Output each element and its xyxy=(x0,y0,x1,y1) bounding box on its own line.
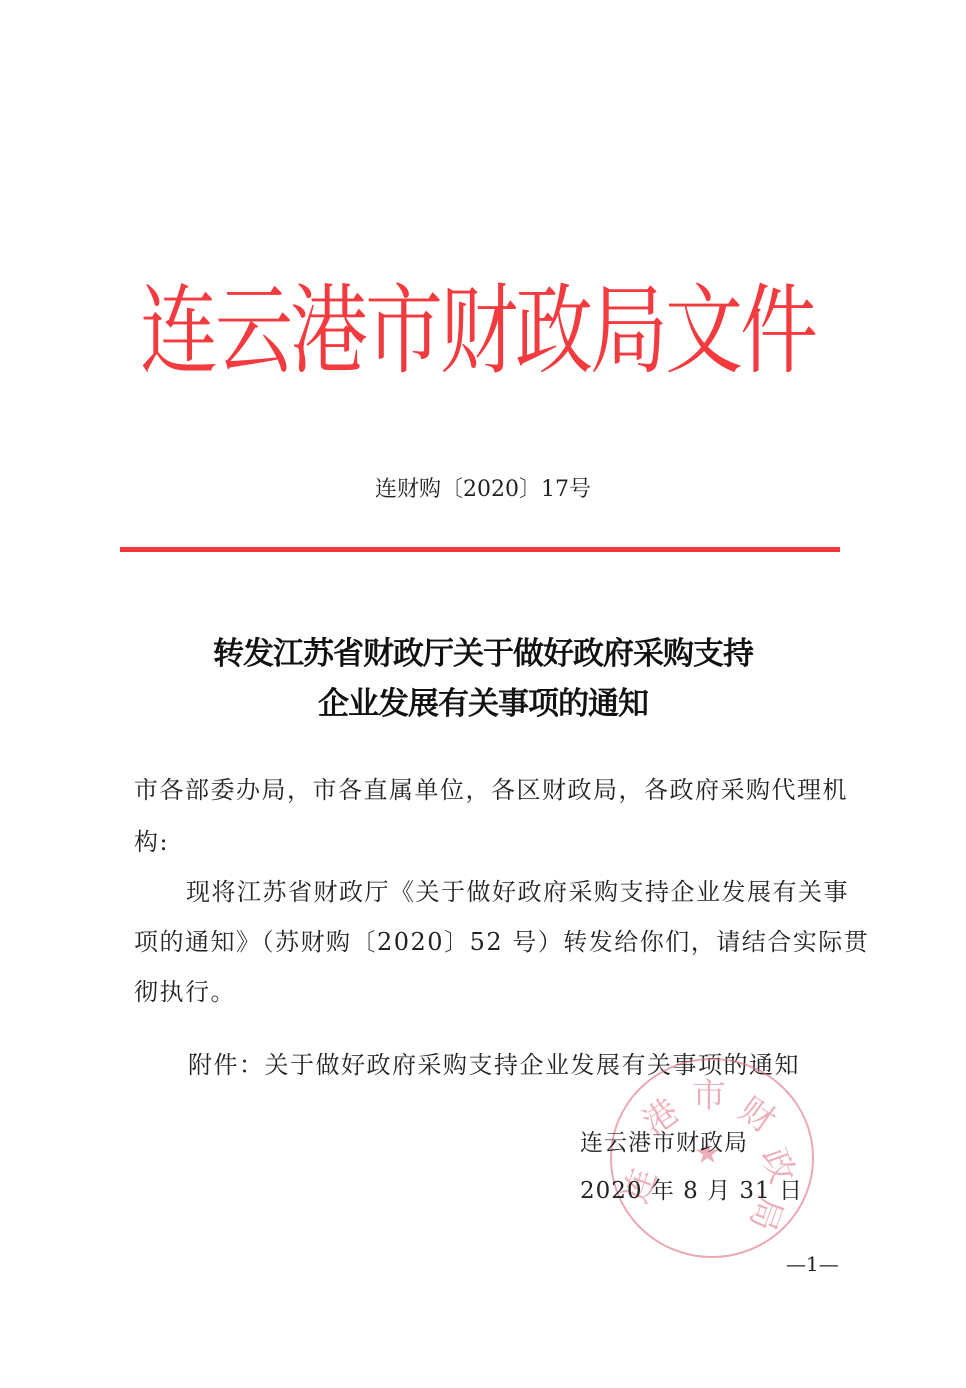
red-divider-rule xyxy=(120,547,840,552)
body-paragraph-line3: 彻执行。 xyxy=(134,972,236,1007)
page-number: —1— xyxy=(786,1252,839,1276)
signature-date: 2020 年 8 月 31 日 xyxy=(580,1172,803,1205)
document-title-line1: 转发江苏省财政厅关于做好政府采购支持 xyxy=(0,628,966,673)
body-paragraph-line2: 项的通知》（苏财购〔2020〕52 号）转发给你们，请结合实际贯 xyxy=(134,922,869,957)
addressee-line1: 市各部委办局，市各直属单位，各区财政局，各政府采购代理机 xyxy=(134,770,848,805)
official-seal: 市 港 连 财 政 局 ★ xyxy=(610,1058,814,1258)
seal-char: 市 xyxy=(692,1068,726,1117)
document-number: 连财购〔2020〕17号 xyxy=(0,472,966,503)
body-paragraph-line1: 现将江苏省财政厅《关于做好政府采购支持企业发展有关事 xyxy=(186,872,849,907)
document-masthead: 连云港市财政局文件 xyxy=(140,257,820,407)
addressee-line2: 构: xyxy=(134,822,169,857)
document-title-line2: 企业发展有关事项的通知 xyxy=(0,678,966,723)
signature-org: 连云港市财政局 xyxy=(580,1124,748,1157)
